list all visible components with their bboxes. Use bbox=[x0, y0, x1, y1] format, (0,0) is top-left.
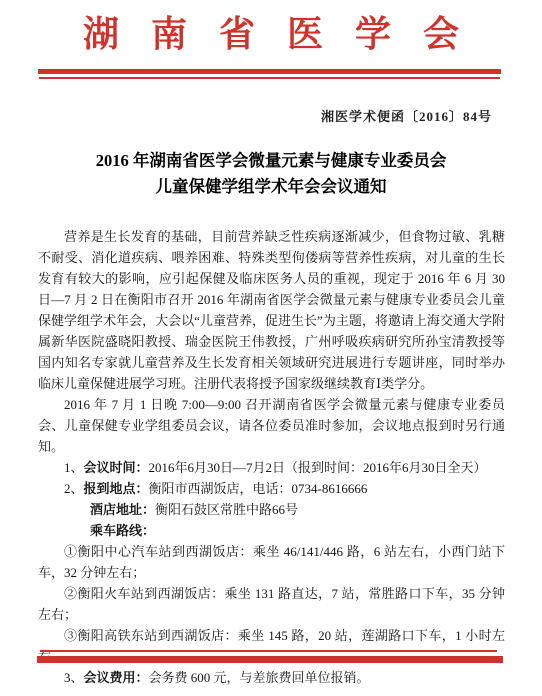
item-checkin-venue-number: 2、 bbox=[64, 481, 84, 496]
hotel-address-text: 衡阳石鼓区常胜中路66号 bbox=[155, 502, 298, 517]
paragraph-intro: 营养是生长发育的基础，目前营养缺乏性疾病逐渐减少，但食物过敏、乳糖不耐受、消化道… bbox=[38, 226, 505, 394]
doc-number: 湘医学术便函〔2016〕84号 bbox=[0, 109, 542, 124]
route-heading: 乘车路线： bbox=[38, 520, 505, 541]
document-body: 营养是生长发育的基础，目前营养缺乏性疾病逐渐减少，但食物过敏、乳糖不耐受、消化道… bbox=[38, 226, 505, 688]
title-line-2: 儿童保健学组学术年会会议通知 bbox=[0, 174, 542, 200]
item-checkin-venue: 2、报到地点：衡阳市西湖饭店，电话：0734-8616666 bbox=[38, 478, 505, 499]
item-meeting-time: 1、会议时间：2016年6月30日—7月2日（报到时间：2016年6月30日全天… bbox=[38, 457, 505, 478]
item-fee-number: 3、 bbox=[64, 670, 84, 685]
item-checkin-venue-text: 衡阳市西湖饭店，电话：0734-8616666 bbox=[149, 481, 368, 496]
item-fee: 3、会议费用：会务费 600 元，与差旅费回单位报销。 bbox=[38, 667, 505, 688]
item-meeting-time-text: 2016年6月30日—7月2日（报到时间：2016年6月30日全天） bbox=[149, 460, 487, 475]
route-heading-label: 乘车路线： bbox=[90, 523, 155, 538]
title-line-1: 2016 年湖南省医学会微量元素与健康专业委员会 bbox=[0, 148, 542, 174]
letterhead-rule-thick bbox=[38, 69, 501, 74]
footer-rule-thin bbox=[40, 650, 497, 652]
item-fee-text: 会务费 600 元，与差旅费回单位报销。 bbox=[149, 670, 370, 685]
route-railway-station: ②衡阳火车站到西湖饭店：乘坐 131 路直达，7 站，常胜路口下车，35 分钟左… bbox=[38, 583, 505, 625]
letterhead-rule-thin bbox=[39, 77, 500, 79]
paragraph-committee-meeting: 2016 年 7 月 1 日晚 7:00—9:00 召开湖南省医学会微量元素与健… bbox=[38, 394, 505, 457]
route-bus-station: ①衡阳中心汽车站到西湖饭店：乘坐 46/141/446 路，6 站左右，小西门站… bbox=[38, 541, 505, 583]
hotel-address: 酒店地址：衡阳石鼓区常胜中路66号 bbox=[38, 499, 505, 520]
item-meeting-time-number: 1、 bbox=[64, 460, 84, 475]
item-fee-label: 会议费用： bbox=[84, 670, 149, 685]
item-checkin-venue-label: 报到地点： bbox=[84, 481, 149, 496]
item-meeting-time-label: 会议时间： bbox=[84, 460, 149, 475]
hotel-address-label: 酒店地址： bbox=[90, 502, 155, 517]
footer-rule-thick bbox=[37, 656, 503, 663]
letterhead-org-name: 湖南省医学会 bbox=[0, 0, 542, 58]
document-title: 2016 年湖南省医学会微量元素与健康专业委员会 儿童保健学组学术年会会议通知 bbox=[0, 148, 542, 200]
notice-document: 湖南省医学会 湘医学术便函〔2016〕84号 2016 年湖南省医学会微量元素与… bbox=[0, 0, 542, 696]
